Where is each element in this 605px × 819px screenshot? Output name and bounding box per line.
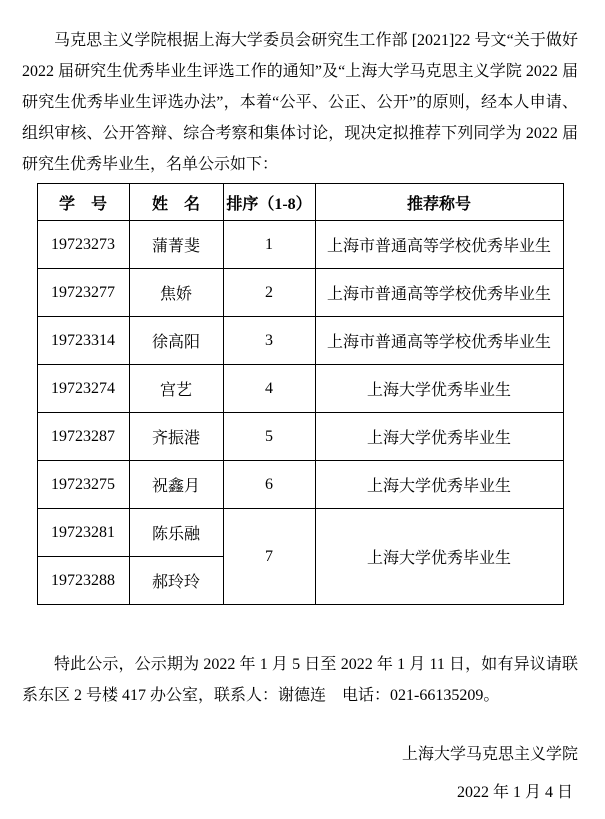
cell-rank-merged: 7	[223, 509, 315, 605]
table-row: 19723281 陈乐融 7 上海大学优秀毕业生	[37, 509, 563, 557]
table-row: 19723274 宫艺 4 上海大学优秀毕业生	[37, 365, 563, 413]
cell-rank: 5	[223, 413, 315, 461]
header-cell-rank: 排序（1-8）	[223, 184, 315, 221]
cell-student-id: 19723287	[37, 413, 129, 461]
document-page: 马克思主义学院根据上海大学委员会研究生工作部 [2021]22 号文“关于做好 …	[0, 0, 605, 819]
signature-date: 2022 年 1 月 4 日	[22, 777, 578, 809]
cell-name: 郝玲玲	[129, 557, 223, 605]
cell-rank: 4	[223, 365, 315, 413]
cell-name: 焦娇	[129, 269, 223, 317]
cell-rank: 6	[223, 461, 315, 509]
cell-student-id: 19723277	[37, 269, 129, 317]
header-cell-name: 姓 名	[129, 184, 223, 221]
cell-student-id: 19723281	[37, 509, 129, 557]
cell-student-id: 19723288	[37, 557, 129, 605]
cell-rank: 3	[223, 317, 315, 365]
cell-title: 上海市普通高等学校优秀毕业生	[315, 221, 563, 269]
cell-name: 宫艺	[129, 365, 223, 413]
cell-title: 上海大学优秀毕业生	[315, 365, 563, 413]
cell-title-merged: 上海大学优秀毕业生	[315, 509, 563, 605]
table-row: 19723314 徐高阳 3 上海市普通高等学校优秀毕业生	[37, 317, 563, 365]
intro-paragraph: 马克思主义学院根据上海大学委员会研究生工作部 [2021]22 号文“关于做好 …	[22, 25, 578, 180]
cell-name: 陈乐融	[129, 509, 223, 557]
cell-title: 上海市普通高等学校优秀毕业生	[315, 317, 563, 365]
cell-rank: 2	[223, 269, 315, 317]
notice-paragraph: 特此公示，公示期为 2022 年 1 月 5 日至 2022 年 1 月 11 …	[22, 649, 578, 711]
graduates-table: 学 号 姓 名 排序（1-8） 推荐称号 19723273 蒲菁斐 1 上海市普…	[37, 183, 564, 605]
cell-name: 齐振港	[129, 413, 223, 461]
cell-name: 蒲菁斐	[129, 221, 223, 269]
table-row: 19723273 蒲菁斐 1 上海市普通高等学校优秀毕业生	[37, 221, 563, 269]
cell-title: 上海市普通高等学校优秀毕业生	[315, 269, 563, 317]
cell-title: 上海大学优秀毕业生	[315, 461, 563, 509]
signature-organization: 上海大学马克思主义学院	[22, 739, 578, 771]
cell-rank: 1	[223, 221, 315, 269]
cell-name: 祝鑫月	[129, 461, 223, 509]
table-header-row: 学 号 姓 名 排序（1-8） 推荐称号	[37, 184, 563, 221]
table-row: 19723277 焦娇 2 上海市普通高等学校优秀毕业生	[37, 269, 563, 317]
cell-student-id: 19723274	[37, 365, 129, 413]
table-row: 19723287 齐振港 5 上海大学优秀毕业生	[37, 413, 563, 461]
header-cell-student-id: 学 号	[37, 184, 129, 221]
cell-student-id: 19723314	[37, 317, 129, 365]
cell-student-id: 19723275	[37, 461, 129, 509]
table-row: 19723275 祝鑫月 6 上海大学优秀毕业生	[37, 461, 563, 509]
cell-name: 徐高阳	[129, 317, 223, 365]
cell-title: 上海大学优秀毕业生	[315, 413, 563, 461]
cell-student-id: 19723273	[37, 221, 129, 269]
header-cell-title: 推荐称号	[315, 184, 563, 221]
